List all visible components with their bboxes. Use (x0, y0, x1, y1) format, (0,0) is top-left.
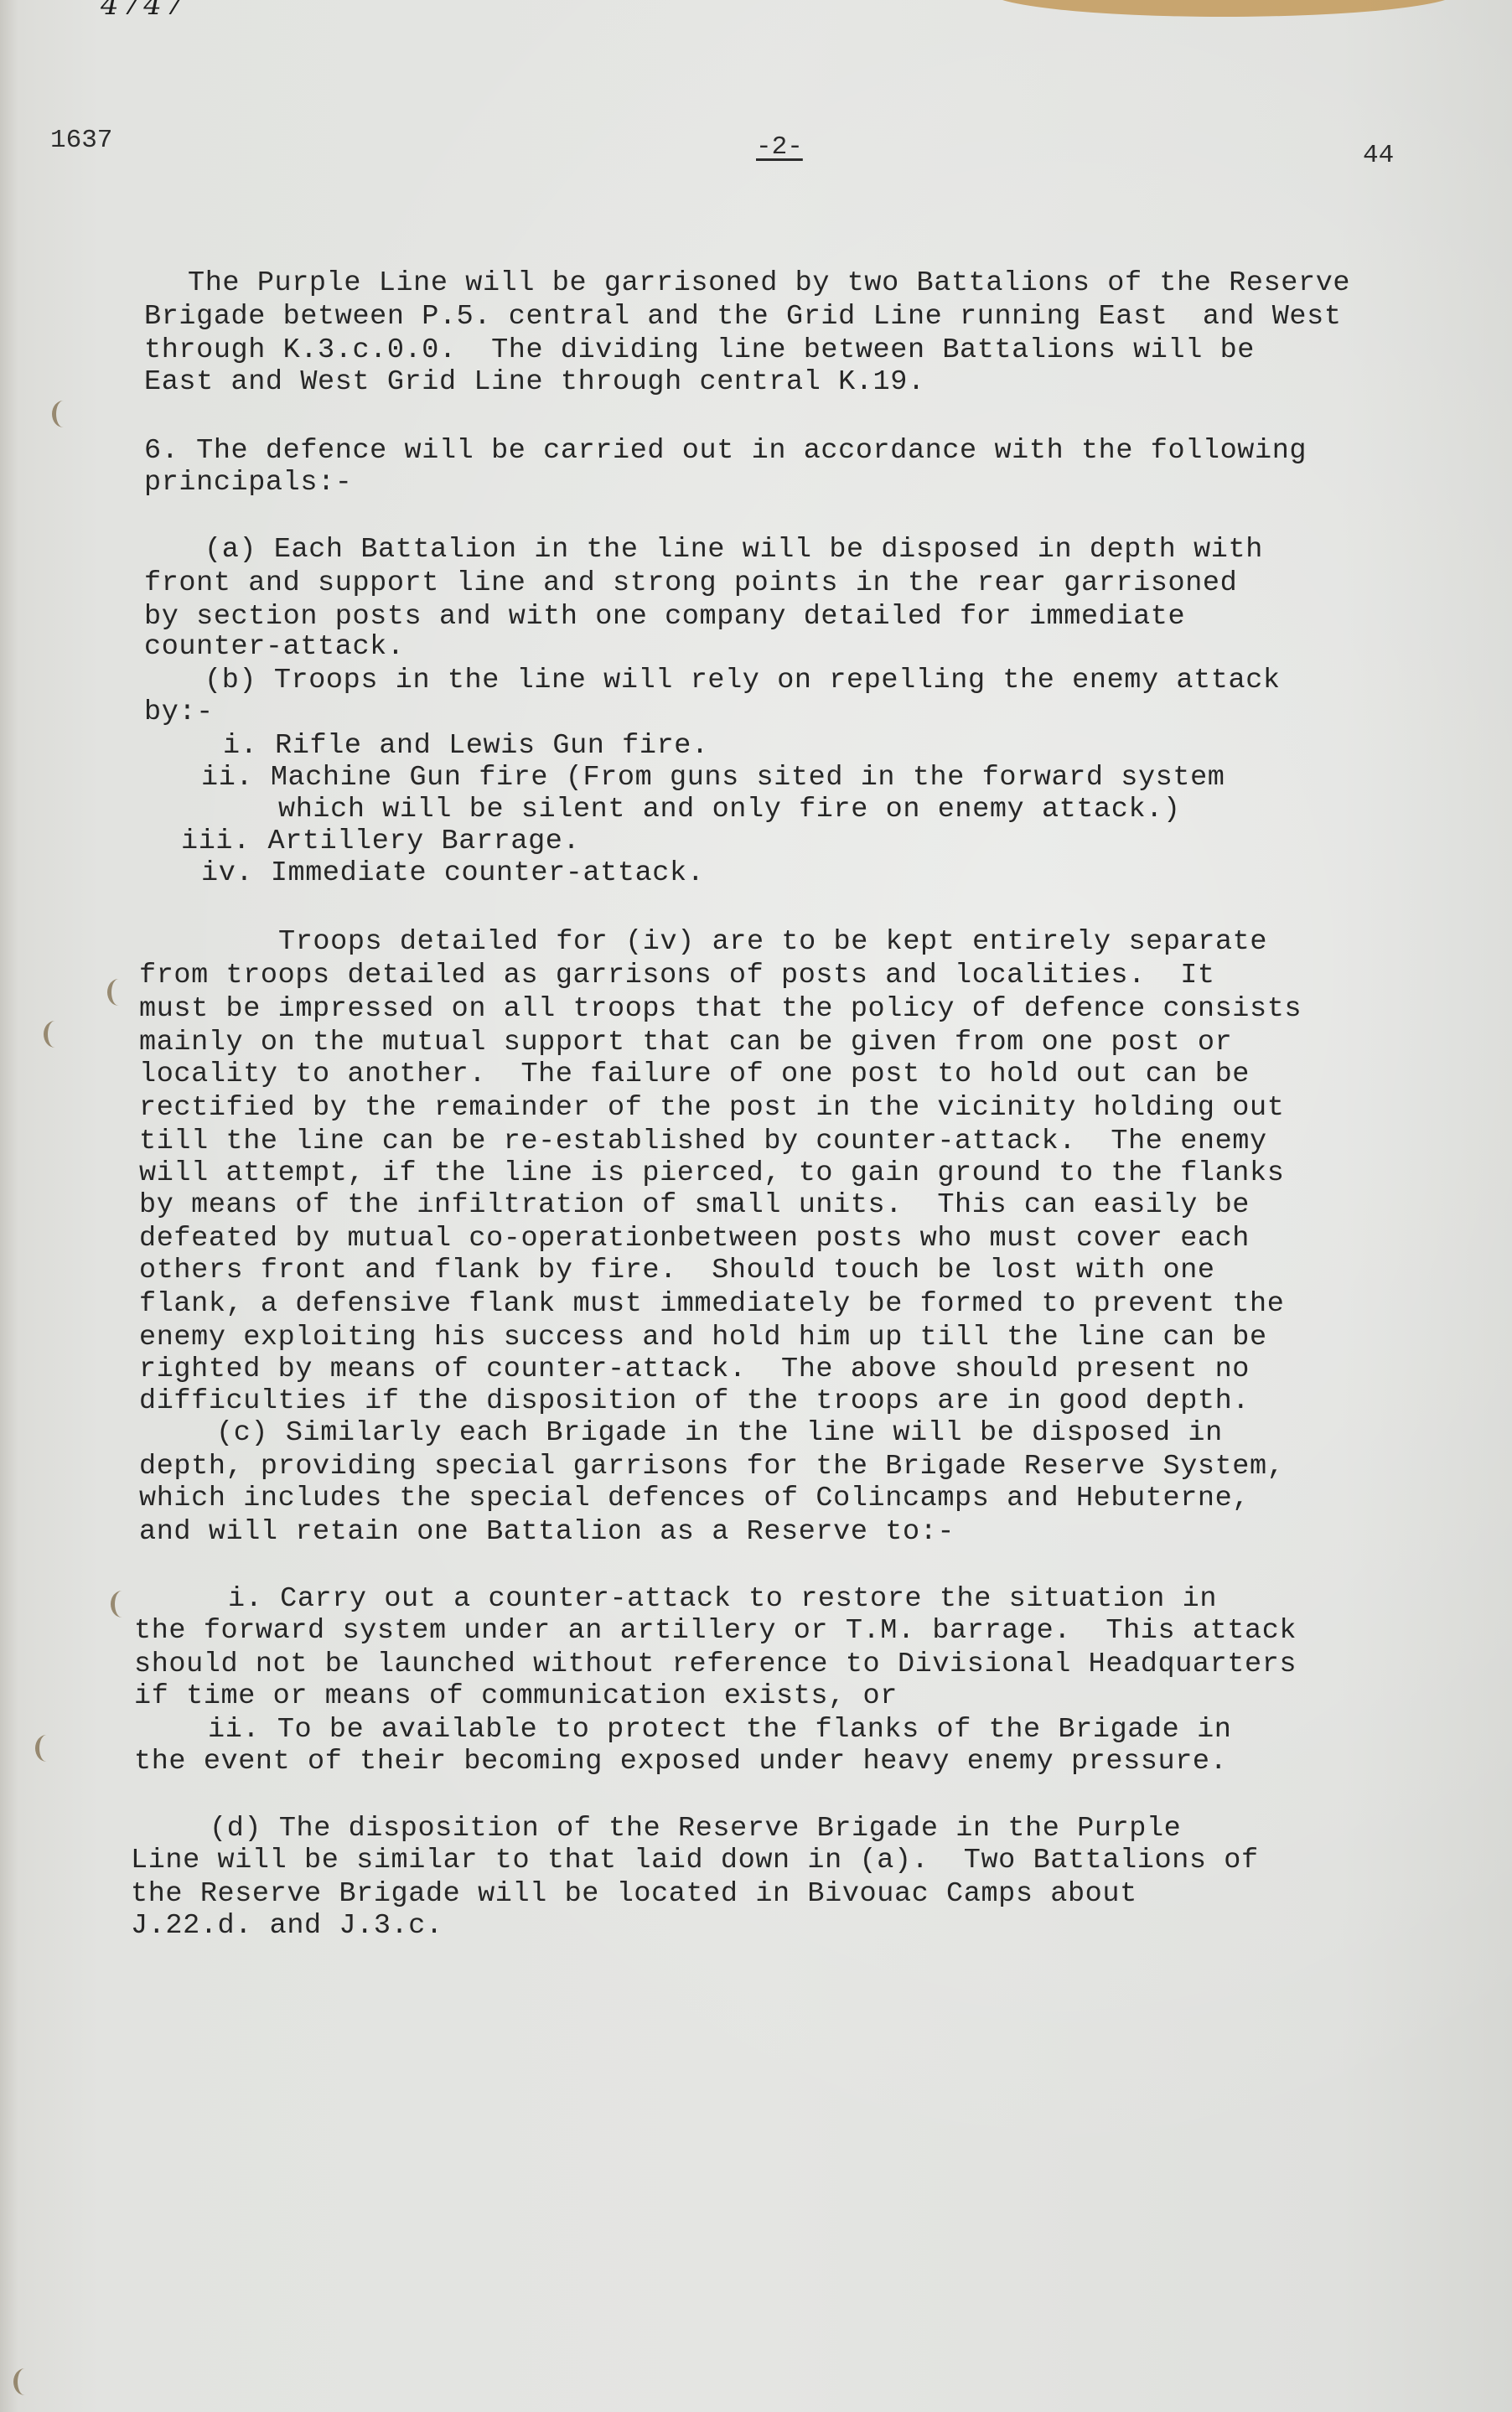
text-line: till the line can be re-established by c… (139, 1128, 1267, 1157)
document-page: 4747 1637 -2- 44 The Purple Line will be… (0, 0, 1512, 2412)
text-line: must be impressed on all troops that the… (139, 996, 1302, 1024)
text-line: by means of the infiltration of small un… (139, 1192, 1250, 1220)
text-line: i. Carry out a counter-attack to restore… (228, 1586, 1217, 1614)
text-line: the event of their becoming exposed unde… (134, 1748, 1227, 1777)
document-reference-number: 1637 (50, 126, 112, 155)
text-line: ii. Machine Gun fire (From guns sited in… (201, 764, 1225, 793)
text-line: through K.3.c.0.0. The dividing line bet… (144, 337, 1255, 365)
text-line: others front and flank by fire. Should t… (139, 1257, 1215, 1286)
paper-stain (989, 0, 1458, 17)
text-line: J.22.d. and J.3.c. (131, 1913, 443, 1941)
text-line: by section posts and with one company de… (144, 603, 1185, 632)
text-line: Brigade between P.5. central and the Gri… (144, 303, 1342, 332)
text-line: (b) Troops in the line will rely on repe… (205, 667, 1281, 696)
handwritten-note: 4747 (101, 0, 187, 22)
text-line: locality to another. The failure of one … (139, 1061, 1250, 1090)
text-line: which includes the special defences of C… (139, 1485, 1250, 1514)
text-line: should not be launched without reference… (134, 1651, 1297, 1680)
text-line: righted by means of counter-attack. The … (139, 1356, 1250, 1385)
text-line: Troops detailed for (iv) are to be kept … (278, 929, 1267, 957)
text-line: East and West Grid Line through central … (144, 369, 925, 397)
text-line: flank, a defensive flank must immediatel… (139, 1291, 1284, 1319)
text-line: will attempt, if the line is pierced, to… (139, 1160, 1284, 1188)
text-line: ii. To be available to protect the flank… (208, 1716, 1232, 1745)
text-line: the forward system under an artillery or… (134, 1617, 1297, 1646)
text-line: difficulties if the disposition of the t… (139, 1388, 1250, 1416)
text-line: which will be silent and only fire on en… (278, 796, 1181, 825)
text-line: mainly on the mutual support that can be… (139, 1029, 1232, 1058)
text-line: the Reserve Brigade will be located in B… (131, 1881, 1137, 1909)
text-line: defeated by mutual co-operationbetween p… (139, 1225, 1250, 1254)
text-line: depth, providing special garrisons for t… (139, 1453, 1284, 1482)
text-line: 6. The defence will be carried out in ac… (144, 437, 1307, 466)
folio-number: 44 (1363, 141, 1394, 170)
text-line: enemy exploiting his success and hold hi… (139, 1324, 1267, 1353)
text-line: (a) Each Battalion in the line will be d… (205, 536, 1263, 565)
text-line: The Purple Line will be garrisoned by tw… (188, 270, 1350, 298)
text-line: and will retain one Battalion as a Reser… (139, 1519, 955, 1547)
text-line: from troops detailed as garrisons of pos… (139, 962, 1215, 991)
text-line: rectified by the remainder of the post i… (139, 1095, 1284, 1123)
text-line: (d) The disposition of the Reserve Briga… (210, 1815, 1181, 1844)
text-line: front and support line and strong points… (144, 570, 1237, 598)
punch-hole-5-icon (35, 1735, 58, 1762)
text-line: counter-attack. (144, 634, 405, 662)
page-number: -2- (756, 132, 803, 162)
text-line: principals:- (144, 469, 352, 498)
text-line: Line will be similar to that laid down i… (131, 1847, 1259, 1876)
text-line: i. Rifle and Lewis Gun fire. (223, 732, 709, 761)
punch-hole-3-icon (44, 1021, 66, 1048)
punch-hole-4-icon (111, 1591, 133, 1617)
punch-hole-1-icon (52, 401, 75, 427)
punch-hole-2-icon (107, 979, 130, 1006)
punch-hole-6-icon (13, 2368, 36, 2395)
text-line: (c) Similarly each Brigade in the line w… (216, 1420, 1223, 1448)
text-line: if time or means of communication exists… (134, 1683, 898, 1711)
text-line: iii. Artillery Barrage. (181, 828, 580, 857)
text-line: iv. Immediate counter-attack. (201, 860, 704, 888)
text-line: by:- (144, 699, 214, 727)
